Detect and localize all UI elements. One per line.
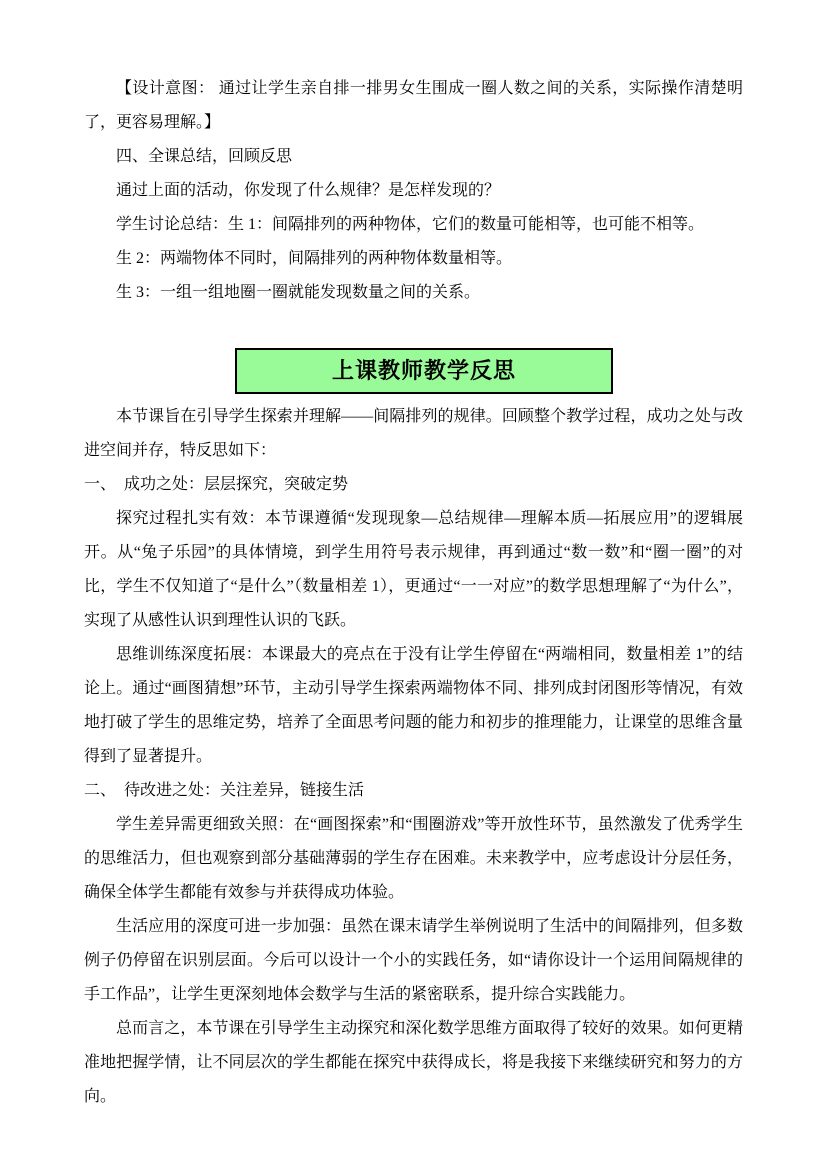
strengths-paragraph-1: 探究过程扎实有效：本节课遵循“发现现象—总结规律—理解本质—拓展应用”的逻辑展开… — [84, 502, 743, 638]
summary-question-line: 通过上面的活动，你发现了什么规律？是怎样发现的？ — [84, 174, 743, 208]
strengths-paragraph-2: 思维训练深度拓展：本课最大的亮点在于没有让学生停留在“两端相同，数量相差 1”的… — [84, 638, 743, 774]
conclusion-paragraph: 总而言之，本节课在引导学生主动探究和深化数学思维方面取得了较好的效果。如何更精准… — [84, 1012, 743, 1114]
improvements-paragraph-2: 生活应用的深度可进一步加强：虽然在课末请学生举例说明了生活中的间隔排列，但多数例… — [84, 910, 743, 1012]
student-discussion-line-2: 生 2：两端物体不同时，间隔排列的两种物体数量相等。 — [84, 242, 743, 276]
design-intent-paragraph: 【设计意图： 通过让学生亲自排一排男女生围成一圈人数之间的关系，实际操作清楚明了… — [84, 72, 743, 140]
reflection-intro-paragraph: 本节课旨在引导学生探索并理解——间隔排列的规律。回顾整个教学过程，成功之处与改进… — [84, 400, 743, 468]
student-discussion-line-1: 学生讨论总结：生 1：间隔排列的两种物体，它们的数量可能相等，也可能不相等。 — [84, 208, 743, 242]
reflection-banner: 上课教师教学反思 — [235, 348, 613, 394]
student-discussion-line-3: 生 3：一组一组地圈一圈就能发现数量之间的关系。 — [84, 276, 743, 310]
improvements-heading: 二、 待改进之处：关注差异，链接生活 — [84, 774, 743, 808]
section-four-heading: 四、全课总结，回顾反思 — [84, 140, 743, 174]
improvements-paragraph-1: 学生差异需更细致关照：在“画图探索”和“围圈游戏”等开放性环节，虽然激发了优秀学… — [84, 808, 743, 910]
reflection-banner-title: 上课教师教学反思 — [332, 360, 516, 382]
document-page: 【设计意图： 通过让学生亲自排一排男女生围成一圈人数之间的关系，实际操作清楚明了… — [0, 0, 827, 1170]
strengths-heading: 一、 成功之处：层层探究，突破定势 — [84, 468, 743, 502]
